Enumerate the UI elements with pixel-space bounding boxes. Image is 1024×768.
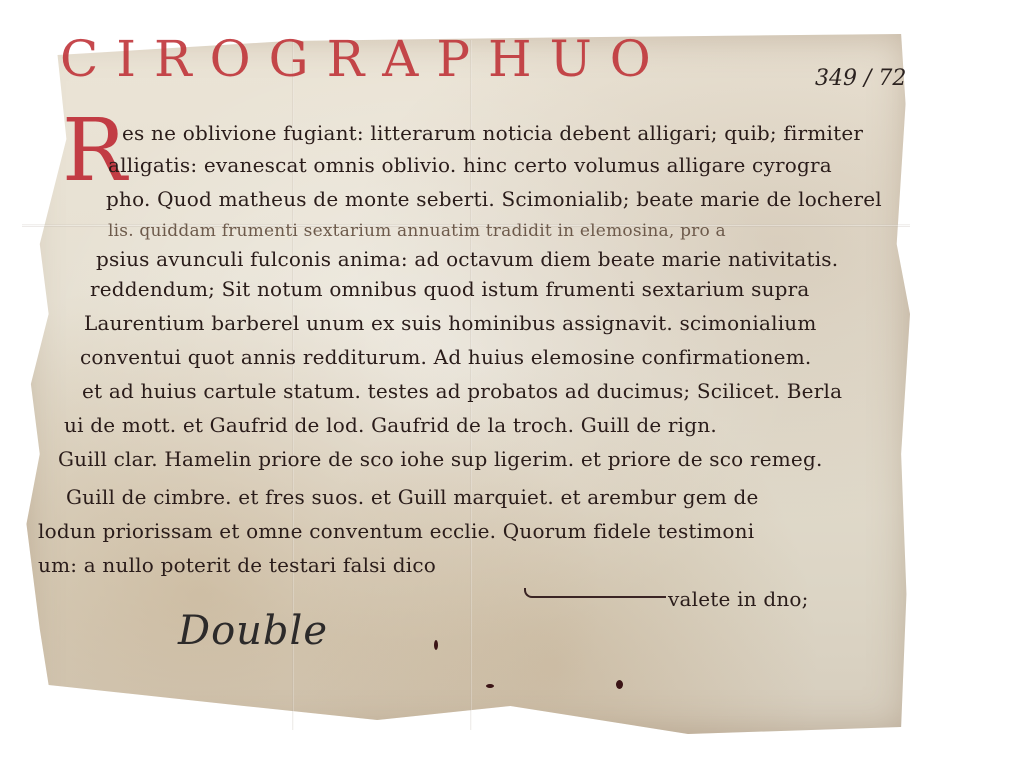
later-annotation-double: Double: [178, 608, 328, 654]
text-line: et ad huius cartule statum. testes ad pr…: [82, 378, 842, 404]
text-line: reddendum; Sit notum omnibus quod istum …: [90, 276, 810, 302]
ink-flourish: [524, 588, 666, 598]
text-line-closing: valete in dno;: [668, 586, 809, 612]
ink-spot: [434, 640, 438, 650]
illuminated-initial: R: [62, 108, 127, 194]
rubric-heading: CIROGRAPHUO: [60, 34, 890, 84]
text-line: es ne oblivione fugiant: litterarum noti…: [122, 120, 863, 146]
text-line: um: a nullo poterit de testari falsi dic…: [38, 552, 436, 578]
text-line: conventui quot annis redditurum. Ad huiu…: [80, 344, 811, 370]
text-line: ui de mott. et Gaufrid de lod. Gaufrid d…: [64, 412, 717, 438]
text-line: pho. Quod matheus de monte seberti. Scim…: [106, 186, 882, 212]
text-line: alligatis: evanescat omnis oblivio. hinc…: [108, 152, 832, 178]
text-line: lis. quiddam frumenti sextarium annuatim…: [108, 218, 726, 244]
text-line: Laurentium barberel unum ex suis hominib…: [84, 310, 817, 336]
text-line: Guill de cimbre. et fres suos. et Guill …: [66, 484, 759, 510]
text-line: lodun priorissam et omne conventum eccli…: [38, 518, 754, 544]
folio-number: 349 / 72: [815, 66, 906, 91]
text-line: psius avunculi fulconis anima: ad octavu…: [96, 246, 838, 272]
ink-spot: [486, 684, 494, 688]
ink-spot: [616, 680, 623, 689]
text-line: Guill clar. Hamelin priore de sco iohe s…: [58, 446, 823, 472]
